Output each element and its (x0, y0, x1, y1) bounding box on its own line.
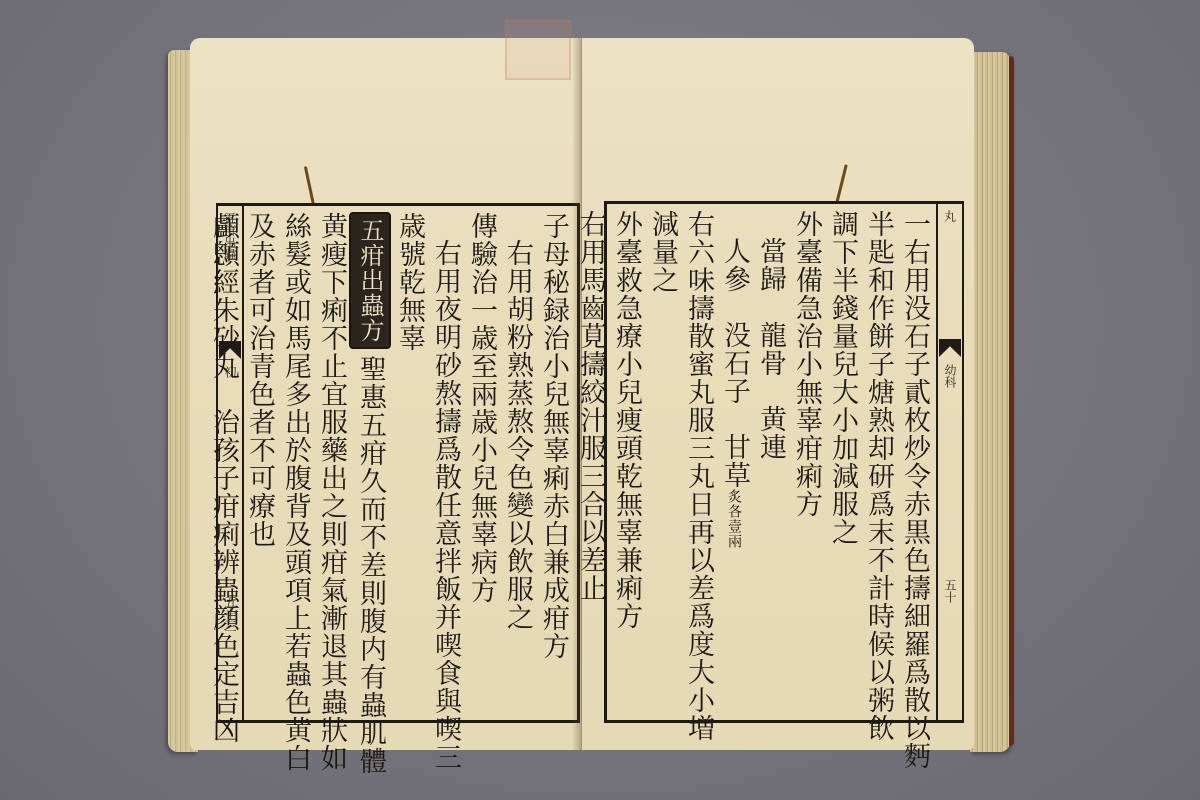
right-margin-column: 丸 幼科 五十 (936, 204, 962, 720)
left-page: 五疳出蟲 初 五十三 子母秘録治小兒無辜痢赤白兼成疳方 右用胡粉熟蒸熬令色變以飲… (190, 38, 582, 750)
bookmark-thread (835, 164, 848, 204)
text-column: 歳號乾無辜 (391, 212, 427, 714)
text-column: 外臺備急治小無辜疳痢方 (788, 210, 824, 714)
right-page-text: 一右用没石子貳枚炒令赤黒色擣細羅爲散以麪 半匙和作餅子煻熟却研爲末不計時候以粥飲… (613, 210, 932, 714)
left-page-frame: 五疳出蟲 初 五十三 子母秘録治小兒無辜痢赤白兼成疳方 右用胡粉熟蒸熬令色變以飲… (216, 203, 580, 723)
text-column: 子母秘録治小兒無辜痢赤白兼成疳方 (535, 212, 571, 714)
text-column: 右用胡粉熟蒸熬令色變以飲服之 (499, 212, 535, 714)
faded-seal-stamp (505, 20, 571, 80)
text-column: 聖惠五疳久而不差則腹内有蟲肌體 (355, 355, 386, 775)
open-book: 五疳出蟲 初 五十三 子母秘録治小兒無辜痢赤白兼成疳方 右用胡粉熟蒸熬令色變以飲… (168, 30, 1010, 760)
text-column: 半匙和作餅子煻熟却研爲末不計時候以粥飲 (860, 210, 896, 714)
section-column: 五疳出蟲方聖惠五疳久而不差則腹内有蟲肌體 (349, 212, 391, 714)
left-page-text: 子母秘録治小兒無辜痢赤白兼成疳方 右用胡粉熟蒸熬令色變以飲服之 傳驗治一歳至兩歳… (248, 212, 571, 714)
right-page-stack (970, 52, 1010, 752)
margin-label: 丸 (942, 210, 959, 222)
margin-section: 幼科 (942, 364, 959, 388)
right-page-frame: 丸 幼科 五十 一右用没石子貳枚炒令赤黒色擣細羅爲散以麪 半匙和作餅子煻熟却研爲… (604, 201, 964, 723)
text-column: 調下半錢量兒大小加減服之 (824, 210, 860, 714)
text-column: 絲髮或如馬尾多出於腹背及頭項上若蟲色黄白 (277, 212, 313, 714)
text-column: 右用馬齒莧擣絞汁服三合以差止 (572, 210, 608, 714)
text-column: 減量之 (644, 210, 680, 714)
margin-page-number: 五十 (942, 579, 959, 603)
text-column: 右六味擣散蜜丸服三丸日再以差爲度大小増 (680, 210, 716, 714)
herb-column: 當歸 龍骨 黄連 (752, 210, 788, 714)
fishtail-mark-icon (939, 339, 961, 357)
herb-column: 人參 没石子 甘草炙各壹兩 (716, 210, 752, 714)
herb-dosage-note: 炙各壹兩 (726, 489, 742, 549)
text-column: 外臺救急療小兒痩頭乾無辜兼痢方 (608, 210, 644, 714)
text-column: 黄瘦下痢不止宜服藥出之則疳氣漸退其蟲狀如 (313, 212, 349, 714)
text-column: 一右用没石子貳枚炒令赤黒色擣細羅爲散以麪 (896, 210, 932, 714)
text-column: 傳驗治一歳至兩歳小兒無辜病方 (463, 212, 499, 714)
section-title-badge: 五疳出蟲方 (349, 212, 391, 349)
text-column: 顱顖經朱砂丸 治孩子疳痢辨蟲顔色定吉凶 (205, 212, 241, 714)
text-column: 右用夜明砂熬擣爲散任意拌飯并喫食與喫三 (427, 212, 463, 714)
bookmark-thread (304, 166, 315, 206)
right-page: 丸 幼科 五十 一右用没石子貳枚炒令赤黒色擣細羅爲散以麪 半匙和作餅子煻熟却研爲… (582, 38, 974, 750)
text-column: 及赤者可治青色者不可療也 (241, 212, 277, 714)
